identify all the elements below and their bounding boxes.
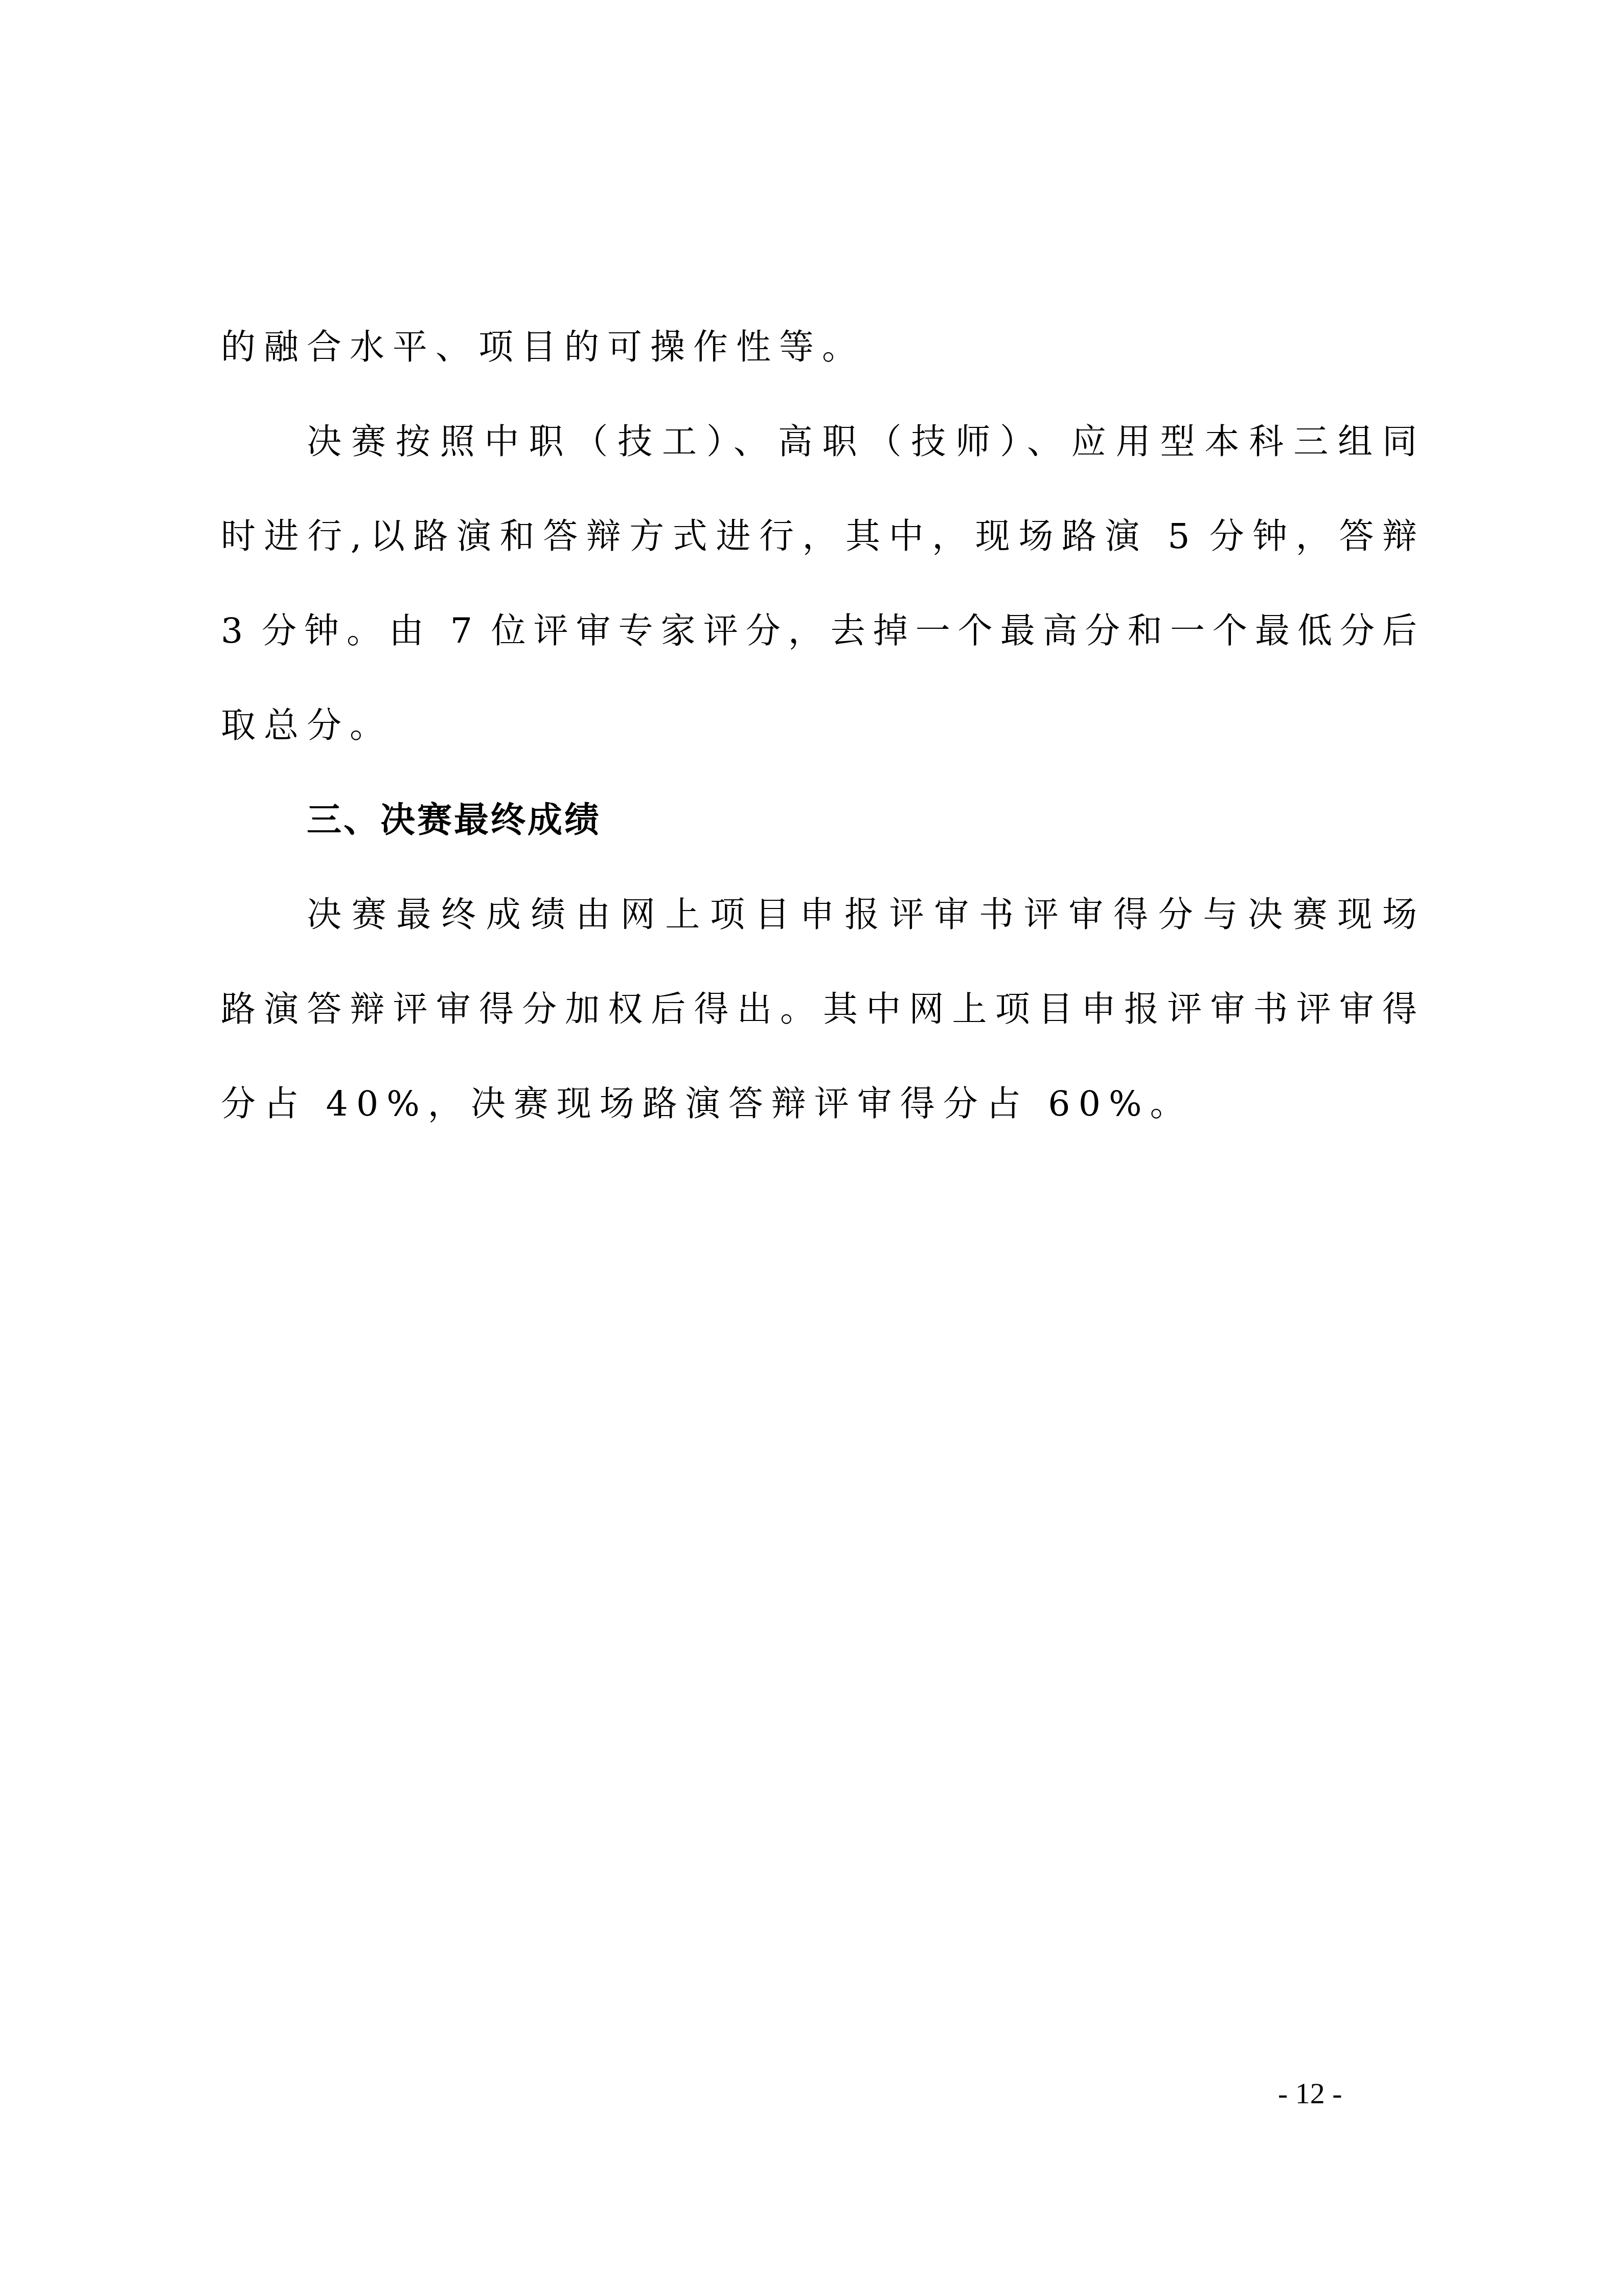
paragraph-line: 时进行,以路演和答辩方式进行，其中，现场路演 5 分钟，答辩 (221, 511, 1417, 562)
paragraph-line: 3 分钟。由 7 位评审专家评分，去掉一个最高分和一个最低分后 (221, 606, 1417, 657)
paragraph-line: 取总分。 (221, 700, 1417, 752)
section-heading: 三、决赛最终成绩 (307, 795, 1417, 846)
paragraph-line: 路演答辩评审得分加权后得出。其中网上项目申报评审书评审得 (221, 984, 1417, 1035)
paragraph-line: 决赛最终成绩由网上项目申报评审书评审得分与决赛现场 (307, 890, 1417, 941)
paragraph-line: 的融合水平、项目的可操作性等。 (221, 322, 1417, 373)
paragraph-line: 分占 40%，决赛现场路演答辩评审得分占 60%。 (221, 1079, 1417, 1130)
page-number: - 12 - (1278, 2073, 1342, 2114)
paragraph-line: 决赛按照中职（技工）、高职（技师）、应用型本科三组同 (307, 417, 1417, 468)
